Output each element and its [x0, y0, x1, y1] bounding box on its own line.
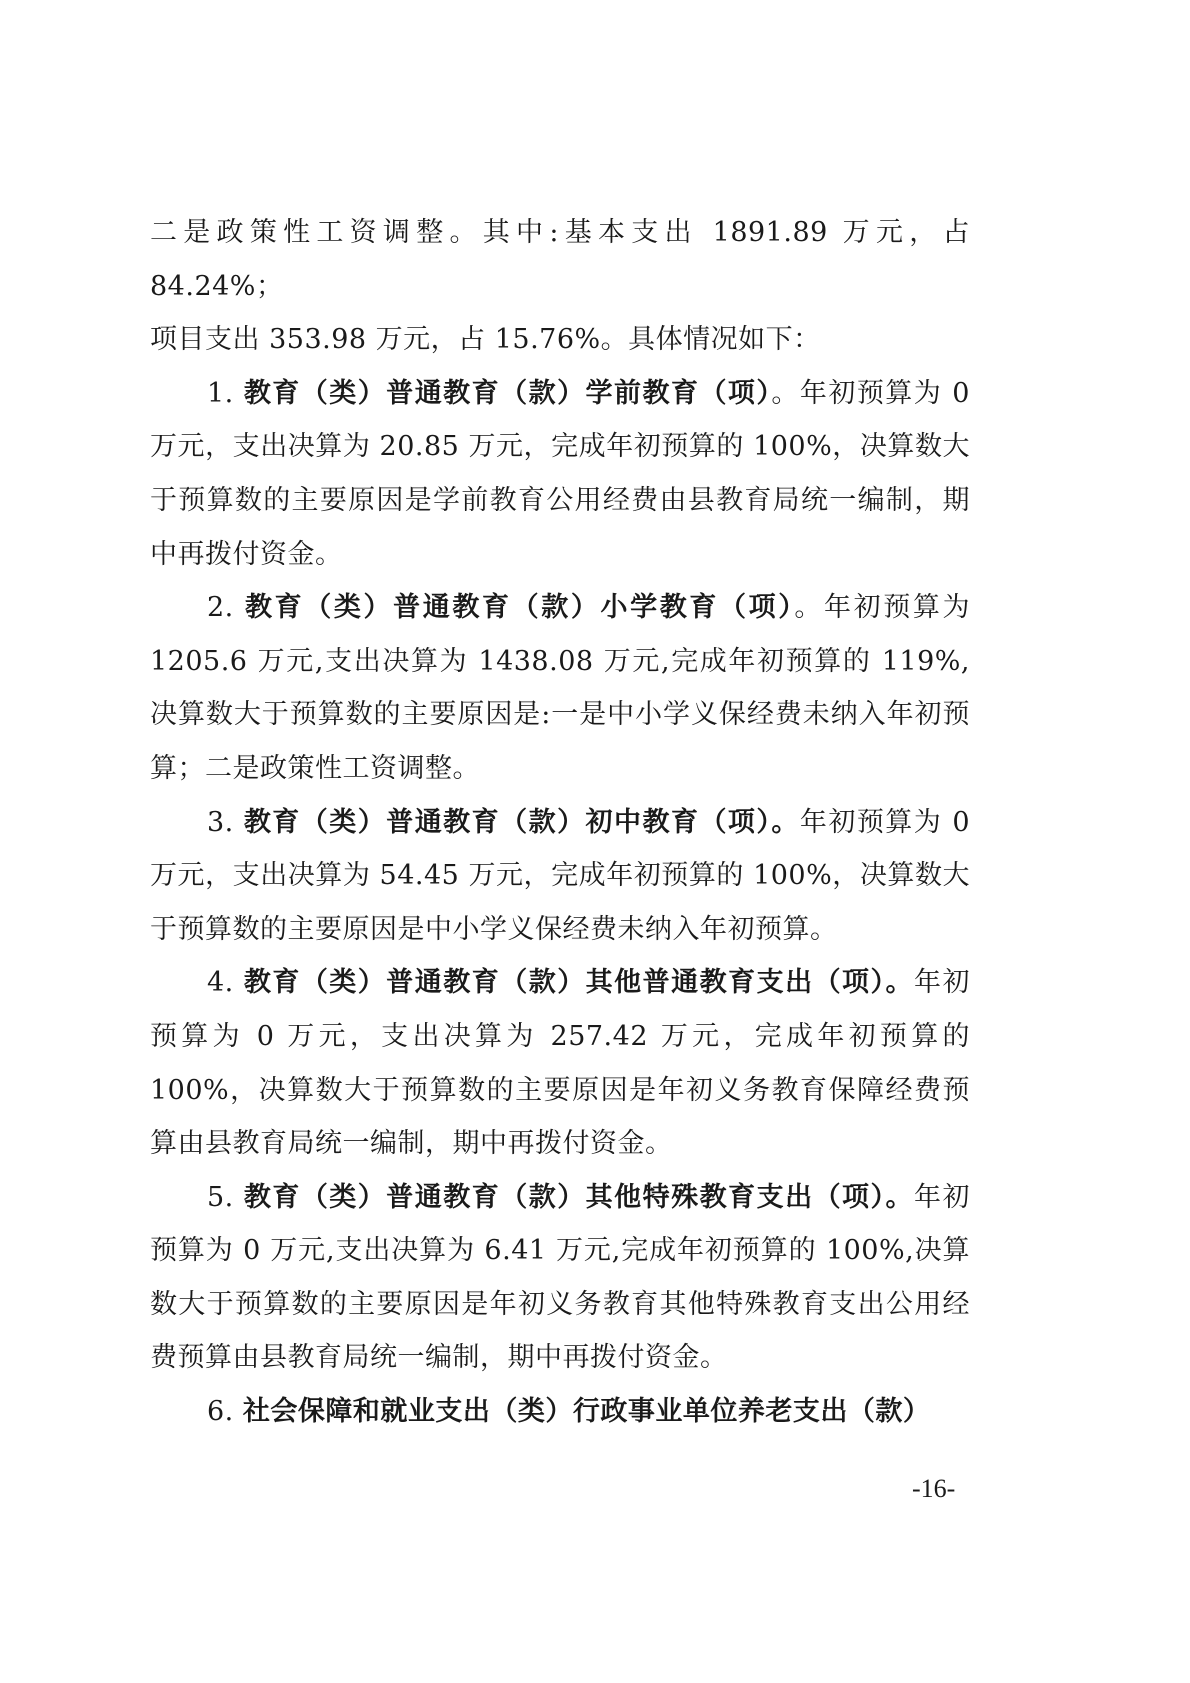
item-heading: 教育（类）普通教育（款）其他特殊教育支出（项）。	[244, 1182, 914, 1213]
item-5: 5. 教育（类）普通教育（款）其他特殊教育支出（项）。年初预算为 0 万元,支出…	[150, 1171, 970, 1385]
item-heading: 教育（类）普通教育（款）其他普通教育支出（项）。	[244, 967, 914, 998]
document-body: 二是政策性工资调整。其中:基本支出 1891.89 万元，占 84.24%； 项…	[150, 206, 970, 1439]
item-2: 2. 教育（类）普通教育（款）小学教育（项）。年初预算为 1205.6 万元,支…	[150, 581, 970, 795]
item-number: 5.	[207, 1182, 234, 1213]
item-6: 6. 社会保障和就业支出（类）行政事业单位养老支出（款）	[150, 1385, 970, 1439]
intro-line-2: 项目支出 353.98 万元，占 15.76%。具体情况如下：	[150, 313, 970, 367]
item-heading: 教育（类）普通教育（款）小学教育（项）	[245, 592, 794, 623]
item-heading: 教育（类）普通教育（款）初中教育（项）。	[244, 807, 800, 838]
item-3: 3. 教育（类）普通教育（款）初中教育（项）。年初预算为 0 万元，支出决算为 …	[150, 796, 970, 957]
item-1: 1. 教育（类）普通教育（款）学前教育（项）。年初预算为 0 万元，支出决算为 …	[150, 367, 970, 581]
item-number: 1.	[207, 378, 234, 409]
item-number: 4.	[207, 967, 234, 998]
page-number: -16-	[912, 1474, 955, 1504]
item-heading: 社会保障和就业支出（类）行政事业单位养老支出（款）	[243, 1396, 931, 1427]
item-number: 2.	[207, 592, 234, 623]
item-4: 4. 教育（类）普通教育（款）其他普通教育支出（项）。年初预算为 0 万元，支出…	[150, 956, 970, 1170]
item-number: 6.	[207, 1396, 234, 1427]
item-number: 3.	[207, 807, 234, 838]
intro-line-1: 二是政策性工资调整。其中:基本支出 1891.89 万元，占 84.24%；	[150, 206, 970, 313]
item-heading: 教育（类）普通教育（款）学前教育（项）	[244, 378, 772, 409]
